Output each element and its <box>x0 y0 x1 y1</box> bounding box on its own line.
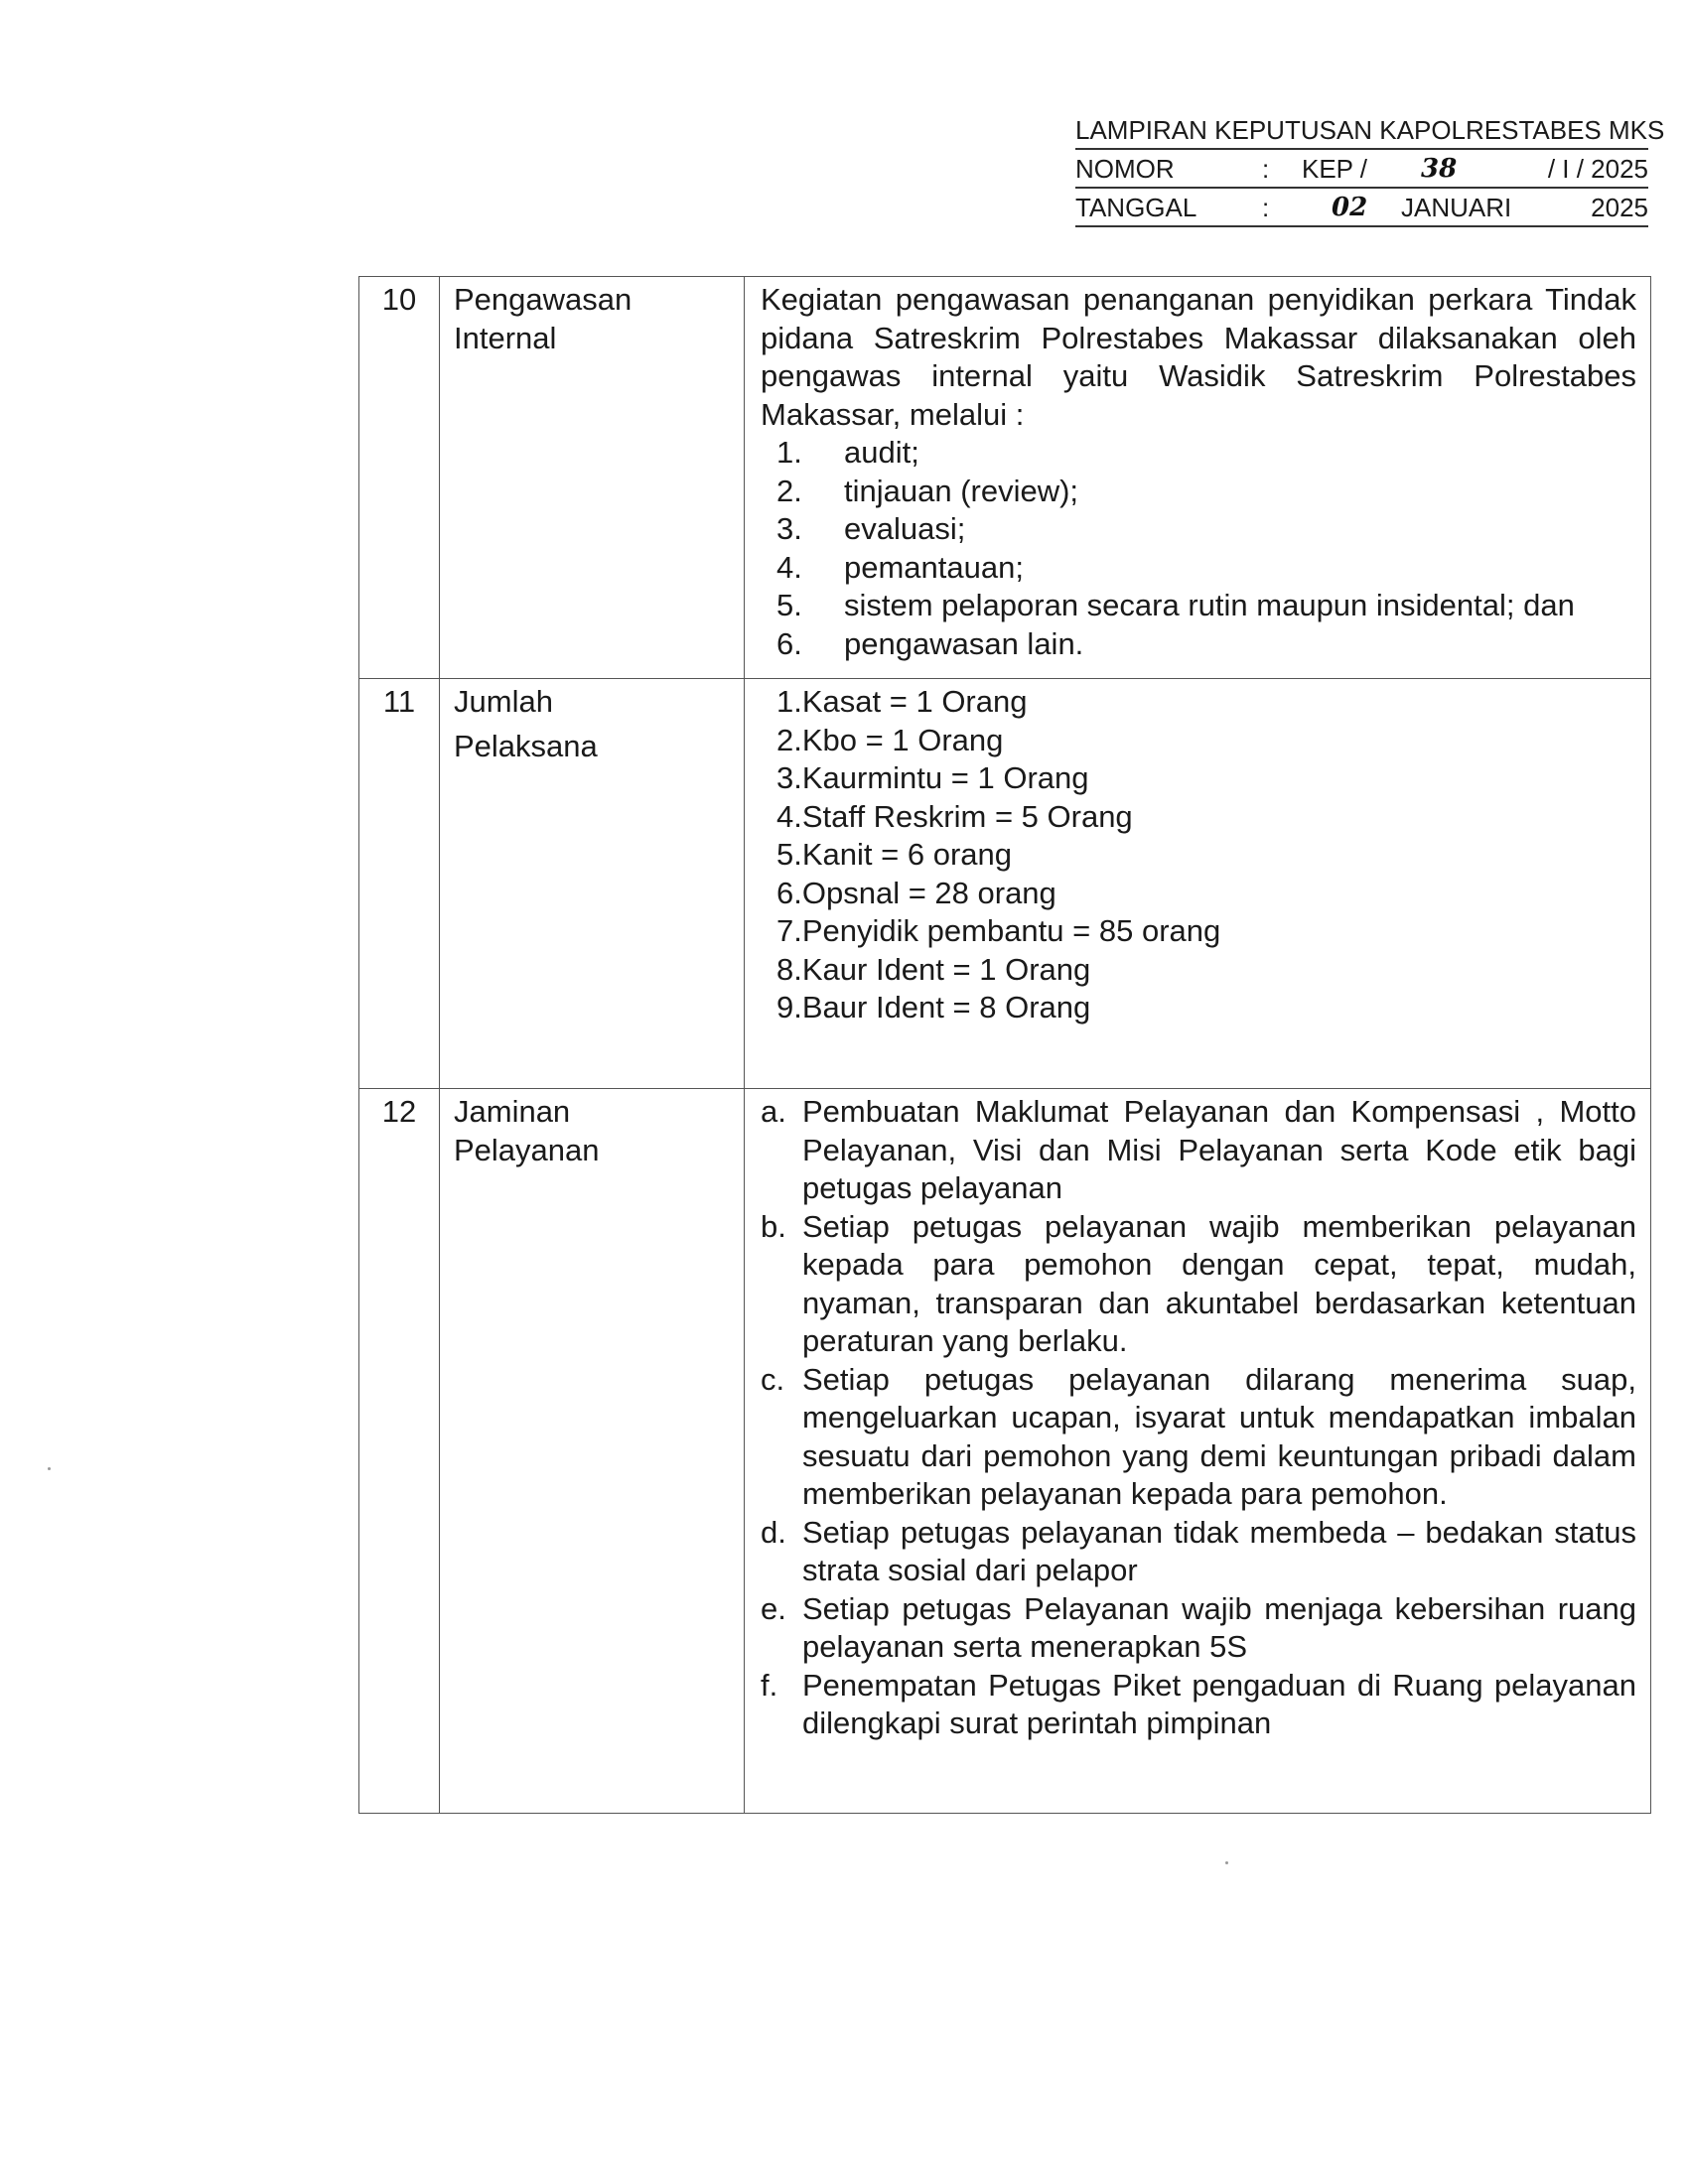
tanggal-year: 2025 <box>1540 189 1648 225</box>
list-item: 3.Kaurmintu = 1 Orang <box>761 759 1636 798</box>
row-number: 12 <box>359 1089 440 1814</box>
list-item: 3.evaluasi; <box>761 510 1636 549</box>
row-label-line: Pelaksana <box>454 728 744 766</box>
list-item: 6.Opsnal = 28 orang <box>761 875 1636 913</box>
list-text: evaluasi; <box>844 510 965 549</box>
list-marker: f. <box>761 1667 802 1743</box>
list-item: 5.sistem pelaporan secara rutin maupun i… <box>761 587 1636 625</box>
tanggal-month: JANUARI <box>1401 189 1540 225</box>
list-marker: 1. <box>761 434 844 473</box>
list-text: sistem pelaporan secara rutin maupun ins… <box>844 587 1575 625</box>
list-text: tinjauan (review); <box>844 473 1078 511</box>
list-text: Pembuatan Maklumat Pelayanan dan Kompens… <box>802 1093 1636 1208</box>
list-marker: d. <box>761 1514 802 1590</box>
list-text: audit; <box>844 434 919 473</box>
list-marker: b. <box>761 1208 802 1361</box>
list-marker: 7. <box>761 913 802 948</box>
list-text: Kaur Ident = 1 Orang <box>802 952 1090 987</box>
row-label-line: Pengawasan <box>454 281 744 320</box>
row-label-line: Internal <box>454 320 744 358</box>
list-text: Setiap petugas Pelayanan wajib menjaga k… <box>802 1590 1636 1667</box>
header-nomor: NOMOR : KEP / 38 / I / 2025 <box>1075 150 1648 189</box>
header-title-text: LAMPIRAN KEPUTUSAN KAPOLRESTABES MKS <box>1075 111 1664 148</box>
list-marker: 6. <box>761 876 802 910</box>
lettered-list: a.Pembuatan Maklumat Pelayanan dan Kompe… <box>761 1093 1636 1743</box>
list-marker: e. <box>761 1590 802 1667</box>
list-marker: 4. <box>761 549 844 588</box>
list-marker: 8. <box>761 952 802 987</box>
header-tanggal: TANGGAL : 02 JANUARI 2025 <box>1075 189 1648 227</box>
header-title: LAMPIRAN KEPUTUSAN KAPOLRESTABES MKS <box>1075 111 1648 150</box>
row-label-line: Pelayanan <box>454 1132 744 1170</box>
list-item: 2.tinjauan (review); <box>761 473 1636 511</box>
list-marker: 3. <box>761 760 802 795</box>
row-content: 1.Kasat = 1 Orang2.Kbo = 1 Orang3.Kaurmi… <box>745 679 1651 1089</box>
list-marker: 6. <box>761 625 844 664</box>
list-marker: 5. <box>761 587 844 625</box>
list-marker: c. <box>761 1361 802 1514</box>
list-item: 6.pengawasan lain. <box>761 625 1636 664</box>
scan-speck <box>48 1467 51 1470</box>
list-marker: 2. <box>761 473 844 511</box>
list-text: Kasat = 1 Orang <box>802 684 1028 719</box>
list-text: Setiap petugas pelayanan dilarang meneri… <box>802 1361 1636 1514</box>
list-text: pemantauan; <box>844 549 1024 588</box>
list-item: 8.Kaur Ident = 1 Orang <box>761 951 1636 990</box>
row-label-line: Jumlah <box>454 683 744 722</box>
list-marker: 5. <box>761 837 802 872</box>
row-number: 11 <box>359 679 440 1089</box>
row-label: Jumlah Pelaksana <box>440 679 745 1089</box>
list-item: 5.Kanit = 6 orang <box>761 836 1636 875</box>
nomor-colon: : <box>1262 150 1302 187</box>
list-item: 4.pemantauan; <box>761 549 1636 588</box>
list-item: 7.Penyidik pembantu = 85 orang <box>761 912 1636 951</box>
document-header: LAMPIRAN KEPUTUSAN KAPOLRESTABES MKS NOM… <box>1075 111 1648 227</box>
row-label-line: Jaminan <box>454 1093 744 1132</box>
row-number: 10 <box>359 277 440 679</box>
tanggal-colon: : <box>1262 189 1302 225</box>
list-text: Setiap petugas pelayanan tidak membeda –… <box>802 1514 1636 1590</box>
list-item: e.Setiap petugas Pelayanan wajib menjaga… <box>761 1590 1636 1667</box>
list-item: d.Setiap petugas pelayanan tidak membeda… <box>761 1514 1636 1590</box>
list-text: Penyidik pembantu = 85 orang <box>802 913 1220 948</box>
list-marker: 2. <box>761 723 802 757</box>
list-marker: 9. <box>761 990 802 1024</box>
list-text: Penempatan Petugas Piket pengaduan di Ru… <box>802 1667 1636 1743</box>
list-text: Kaurmintu = 1 Orang <box>802 760 1089 795</box>
list-marker: 1. <box>761 684 802 719</box>
nomor-suffix: / I / 2025 <box>1530 150 1648 187</box>
nomor-handwritten: 38 <box>1391 150 1530 187</box>
nomor-prefix: KEP / <box>1302 150 1391 187</box>
list-item: a.Pembuatan Maklumat Pelayanan dan Kompe… <box>761 1093 1636 1208</box>
list-text: Kanit = 6 orang <box>802 837 1012 872</box>
list-item: 9.Baur Ident = 8 Orang <box>761 989 1636 1027</box>
list-item: b.Setiap petugas pelayanan wajib memberi… <box>761 1208 1636 1361</box>
list-marker: 3. <box>761 510 844 549</box>
list-item: 1.Kasat = 1 Orang <box>761 683 1636 722</box>
list-marker: 4. <box>761 799 802 834</box>
list-text: Kbo = 1 Orang <box>802 723 1004 757</box>
list-item: 2.Kbo = 1 Orang <box>761 722 1636 760</box>
numbered-list: 1.Kasat = 1 Orang2.Kbo = 1 Orang3.Kaurmi… <box>761 683 1636 1027</box>
table-row: 12 Jaminan Pelayanan a.Pembuatan Makluma… <box>359 1089 1651 1814</box>
nomor-label: NOMOR <box>1075 150 1262 187</box>
list-text: Opsnal = 28 orang <box>802 876 1056 910</box>
list-text: Setiap petugas pelayanan wajib memberika… <box>802 1208 1636 1361</box>
list-text: pengawasan lain. <box>844 625 1083 664</box>
row-label: Pengawasan Internal <box>440 277 745 679</box>
list-item: c.Setiap petugas pelayanan dilarang mene… <box>761 1361 1636 1514</box>
scan-speck <box>1225 1861 1228 1864</box>
tanggal-handwritten: 02 <box>1302 189 1401 225</box>
table-row: 11 Jumlah Pelaksana 1.Kasat = 1 Orang2.K… <box>359 679 1651 1089</box>
row-intro: Kegiatan pengawasan penanganan penyidika… <box>761 281 1636 434</box>
list-item: 4.Staff Reskrim = 5 Orang <box>761 798 1636 837</box>
list-text: Staff Reskrim = 5 Orang <box>802 799 1133 834</box>
row-content: a.Pembuatan Maklumat Pelayanan dan Kompe… <box>745 1089 1651 1814</box>
table-row: 10 Pengawasan Internal Kegiatan pengawas… <box>359 277 1651 679</box>
list-item: f.Penempatan Petugas Piket pengaduan di … <box>761 1667 1636 1743</box>
list-marker: a. <box>761 1093 802 1208</box>
tanggal-label: TANGGAL <box>1075 189 1262 225</box>
list-text: Baur Ident = 8 Orang <box>802 990 1090 1024</box>
list-item: 1.audit; <box>761 434 1636 473</box>
row-content: Kegiatan pengawasan penanganan penyidika… <box>745 277 1651 679</box>
content-table: 10 Pengawasan Internal Kegiatan pengawas… <box>358 276 1651 1814</box>
numbered-list: 1.audit;2.tinjauan (review);3.evaluasi;4… <box>761 434 1636 663</box>
row-label: Jaminan Pelayanan <box>440 1089 745 1814</box>
